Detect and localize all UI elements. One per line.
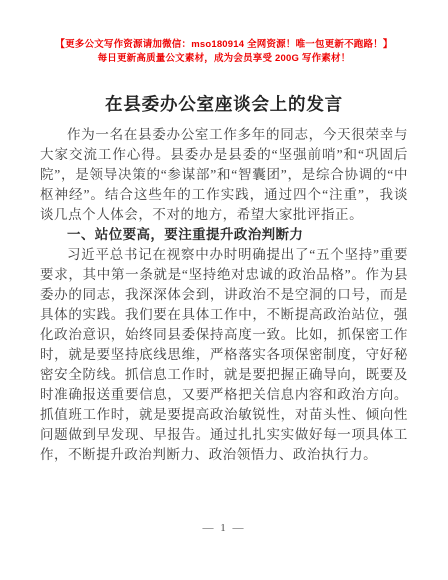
document-title: 在县委办公室座谈会上的发言 [40,92,408,116]
document-body: 作为一名在县委办公室工作多年的同志，今天很荣幸与大家交流工作心得。县委办是县委的… [40,125,408,465]
paragraph-intro: 作为一名在县委办公室工作多年的同志，今天很荣幸与大家交流工作心得。县委办是县委的… [40,125,408,225]
watermark-notice: 【更多公文写作资源请加微信：mso180914 全网资源！唯一包更新不跑路！】 … [40,38,408,66]
paragraph-section-1: 习近平总书记在视察中办时明确提出了“五个坚持”重要要求，其中第一条就是“坚持绝对… [40,245,408,465]
document-page: 【更多公文写作资源请加微信：mso180914 全网资源！唯一包更新不跑路！】 … [0,0,448,580]
watermark-line2: 每日更新高质量公文素材，成为会员享受 200G 写作素材！ [40,52,408,66]
page-number: — 1 — [0,522,448,534]
watermark-line1: 【更多公文写作资源请加微信：mso180914 全网资源！唯一包更新不跑路！】 [40,38,408,52]
section-heading-1: 一、站位要高，要注重提升政治判断力 [40,225,408,245]
